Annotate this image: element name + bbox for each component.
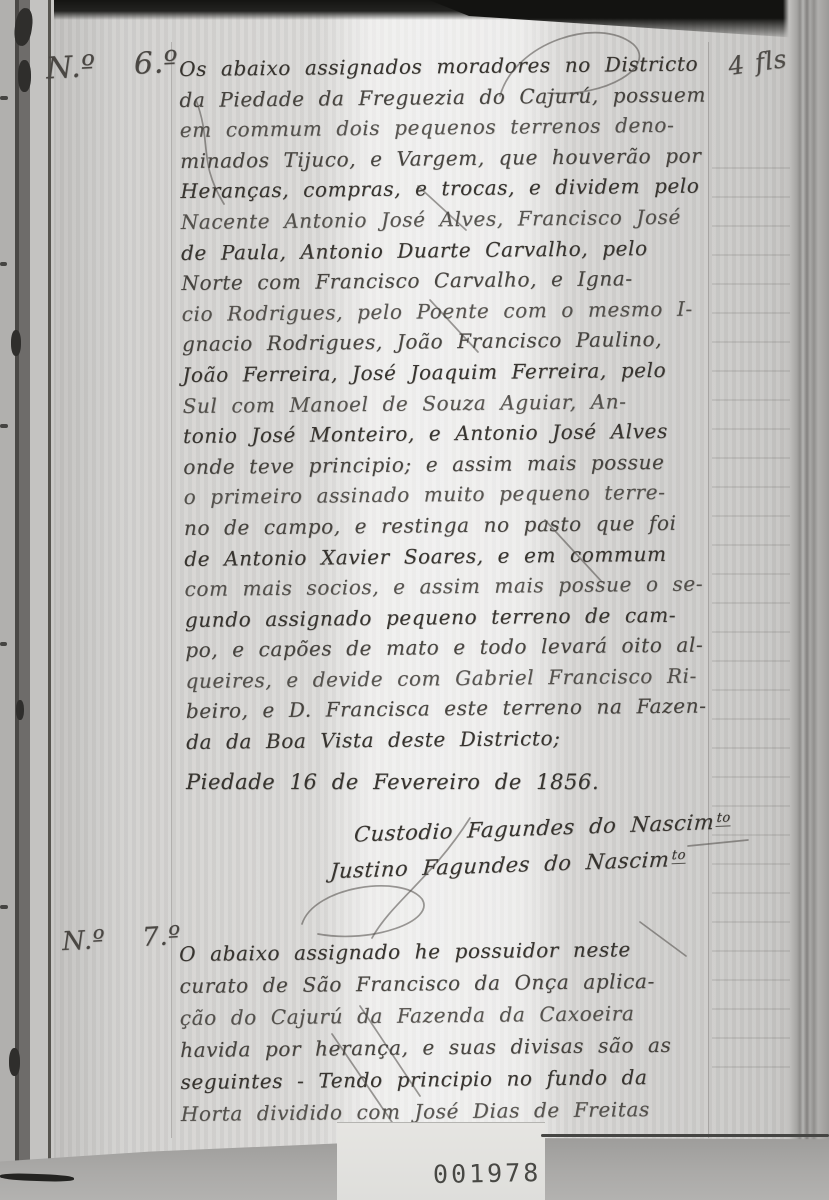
manuscript-line: beiro, e D. Francisca este terreno na Fa… xyxy=(186,691,713,727)
edge-mark xyxy=(0,424,8,428)
stamp-number: 001978 xyxy=(433,1158,542,1189)
manuscript-line: da da Boa Vista deste Districto; xyxy=(186,722,713,758)
left-margin-fold-line xyxy=(171,42,172,1138)
manuscript-line: havida por herança, e suas divisas são a… xyxy=(180,1029,672,1066)
manuscript-line: minados Tijuco, e Vargem, que houverão p… xyxy=(180,140,707,176)
manuscript-line: gnacio Rodrigues, João Francisco Paulino… xyxy=(182,324,709,360)
archival-slip: 001978 xyxy=(337,1122,545,1200)
manuscript-line: no de campo, e restinga no pasto que foi xyxy=(184,507,711,543)
binding-ink-blotch xyxy=(9,1048,20,1076)
entry-number-7: N.º 7.º xyxy=(61,921,181,957)
binding-ink-blotch xyxy=(11,330,21,356)
entry-6-text-block: Os abaixo assignados moradores no Distri… xyxy=(179,48,713,757)
edge-mark xyxy=(0,96,8,100)
scanned-manuscript-page: N.º 6.º Os abaixo assignados moradores n… xyxy=(0,0,829,1200)
edge-mark xyxy=(0,262,7,266)
dateline: Piedade 16 de Fevereiro de 1856. xyxy=(186,770,599,794)
book-binding-edge xyxy=(0,0,54,1200)
manuscript-line: curato de São Francisco da Onça aplica- xyxy=(179,965,671,1002)
manuscript-line: ção do Cajurú da Fazenda da Caxoeira xyxy=(180,997,672,1034)
manuscript-line: seguintes - Tendo principio no fundo da xyxy=(180,1061,672,1098)
entry-7-text-block: O abaixo assignado he possuidor neste cu… xyxy=(179,933,672,1130)
signature-superscript: to xyxy=(716,810,731,827)
edge-mark xyxy=(0,642,7,646)
manuscript-line: O abaixo assignado he possuidor neste xyxy=(179,933,671,970)
signature-superscript: to xyxy=(671,848,686,865)
manuscript-line: Nacente Antonio José Alves, Francisco Jo… xyxy=(181,201,708,237)
binding-ink-blotch xyxy=(18,60,31,92)
ghost-ruling-lines xyxy=(712,140,790,1090)
folio-mark: 4 fls xyxy=(726,44,788,81)
edge-mark xyxy=(0,905,8,909)
manuscript-line: com mais socios, e assim mais possue o s… xyxy=(184,569,711,605)
binding-ink-blotch xyxy=(16,700,24,720)
page-bottom-edge-line xyxy=(541,1134,829,1137)
manuscript-line: Sul com Manoel de Souza Aguiar, An- xyxy=(183,385,710,421)
entry-number-6: N.º 6.º xyxy=(45,45,179,87)
